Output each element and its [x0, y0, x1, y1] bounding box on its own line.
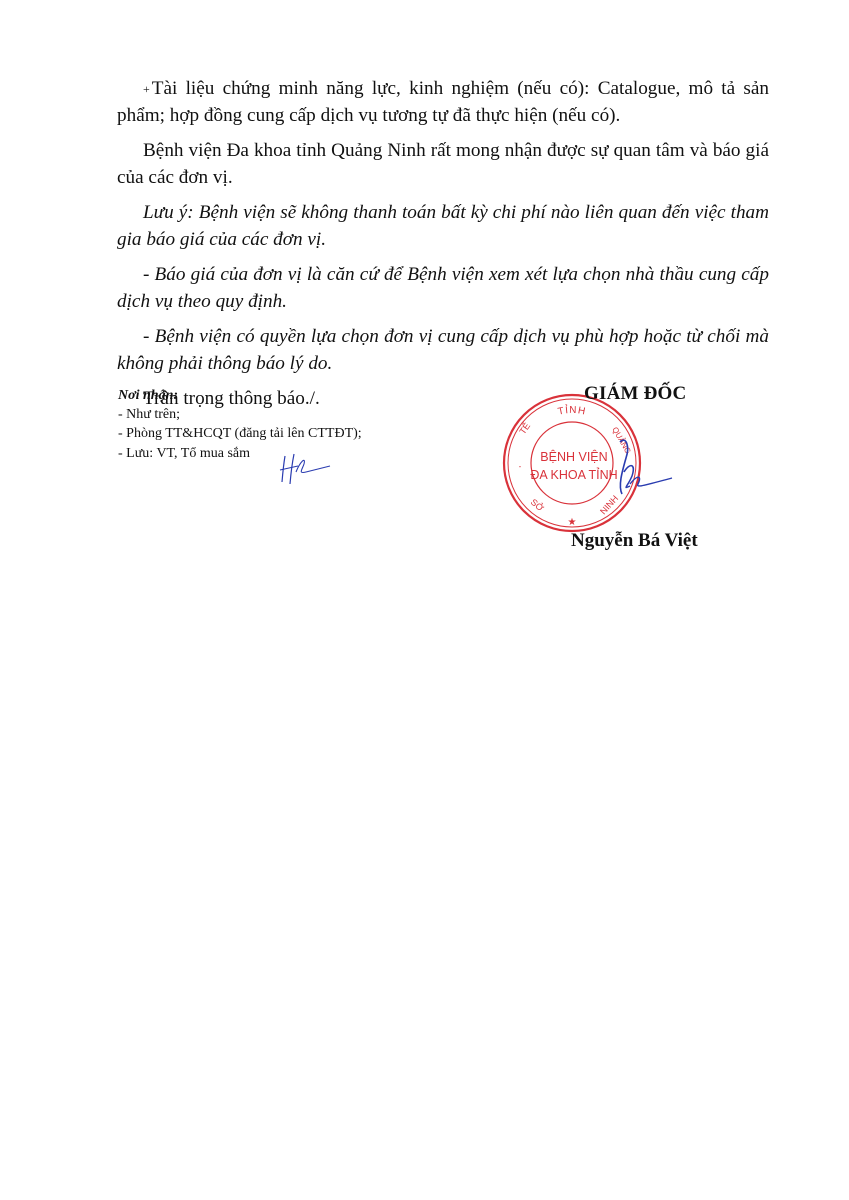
plus-bullet: +	[143, 82, 150, 96]
handwritten-initials	[276, 448, 332, 488]
paragraph-note-3: - Bệnh viện có quyền lựa chọn đơn vị cun…	[117, 324, 769, 377]
svg-text:TỈNH: TỈNH	[557, 403, 587, 418]
svg-text:TẾ: TẾ	[517, 421, 532, 436]
svg-text:★: ★	[568, 517, 577, 528]
svg-text:-: -	[519, 462, 522, 471]
paragraph-request: Bệnh viện Đa khoa tỉnh Quảng Ninh rất mo…	[117, 138, 769, 191]
handwritten-signature	[612, 432, 674, 512]
signer-name: Nguyễn Bá Việt	[571, 530, 698, 552]
svg-text:BỆNH VIỆN: BỆNH VIỆN	[540, 449, 607, 464]
paragraph-note-1: Lưu ý: Bệnh viện sẽ không thanh toán bất…	[117, 200, 769, 253]
paragraph-note-2: - Báo giá của đơn vị là căn cứ để Bệnh v…	[117, 262, 769, 315]
svg-text:ĐA KHOA TỈNH: ĐA KHOA TỈNH	[530, 467, 617, 482]
paragraph-supporting-documents: +Tài liệu chứng minh năng lực, kinh nghi…	[117, 76, 769, 129]
recipient-item: - Phòng TT&HCQT (đăng tải lên CTTĐT);	[118, 424, 362, 443]
signer-title: GIÁM ĐỐC	[584, 383, 686, 405]
svg-text:SỞ: SỞ	[529, 496, 547, 513]
document-body: +Tài liệu chứng minh năng lực, kinh nghi…	[117, 76, 769, 422]
recipients-title: Nơi nhận:	[118, 386, 362, 405]
document-page: +Tài liệu chứng minh năng lực, kinh nghi…	[0, 0, 849, 1200]
recipient-item: - Như trên;	[118, 405, 362, 424]
